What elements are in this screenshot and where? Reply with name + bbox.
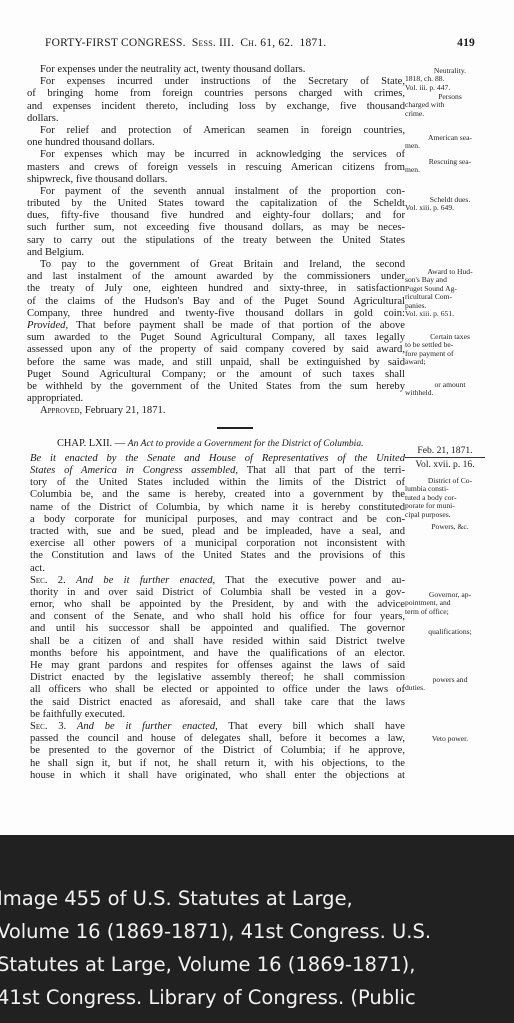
text-line: Provided, That before payment shall be m… [27,320,405,332]
section-number: Sec. 3. [30,721,77,732]
text-line: District enacted by the legislative asse… [27,672,405,684]
text-line: of the claims of the Hudson's Bay and of… [27,296,405,308]
image-caption: Image 455 of U.S. Statutes at Large, Vol… [0,882,514,1014]
text-line: the treaty of July one, eighteen hundred… [27,283,405,295]
margin-note-duties: powers andduties. [405,676,495,693]
text-line: Puget Sound Agricultural Company; or the… [27,369,405,381]
section-number: Sec. 2. [30,575,76,586]
text-line: passed the council and house of delegate… [27,733,405,745]
text-line: and last instalment of the amount awarde… [27,271,405,283]
text-line: For relief and protection of American se… [27,125,405,137]
margin-note-district: District of Co-lumbia consti-tuted a bod… [405,477,495,519]
text-line: one hundred thousand dollars. [27,137,405,149]
text-line: and expenses incident thereto, including… [27,101,405,113]
text-line: before the same was made, and still unpa… [27,357,405,369]
margin-note-powers: Powers, &c. [405,523,495,531]
volume-reference: Vol. xvii. p. 16. [405,458,485,472]
text-line: For payment of the seventh annual instal… [27,186,405,198]
text-line: ernor, who shall be appointed by the Pre… [27,599,405,611]
text-line: For expenses under the neutrality act, t… [27,64,405,76]
text-line: Be it enacted by the Senate and House of… [27,453,405,465]
text-line: sary to carry out the stipulations of th… [27,235,405,247]
margin-note-rescuing: Rescuing sea-men. [405,158,495,175]
text-line: masters and crews of foreign vessels in … [27,162,405,174]
text-line: For expenses incurred under instructions… [27,76,405,88]
image-caption-panel: Image 455 of U.S. Statutes at Large, Vol… [0,835,514,1023]
margin-note-line: withheld. [405,389,495,397]
text-line: tributed by the United States toward the… [27,198,405,210]
text-line: sum awarded to the Puget Sound Agricultu… [27,332,405,344]
enacting-clause: And be it further enacted, [76,575,215,586]
margin-note-scheldt: Scheldt dues.Vol. xiii. p. 649. [405,196,495,213]
margin-note-persons: Personscharged withcrime. [405,93,495,118]
text-line: all officers who shall be elected or app… [27,684,405,696]
text-line: dues, fifty-five thousand five hundred a… [27,210,405,222]
margin-note-line: Powers, &c. [405,523,495,531]
text-line: the Constitution and laws of the United … [27,550,405,562]
margin-note-hudson-bay: Award to Hud-son's Bay andPuget Sound Ag… [405,268,495,318]
session-label: Sess. III. [192,37,234,49]
text-line: appropriated. [27,393,405,405]
margin-note-withheld: or amountwithheld. [405,381,495,398]
text-line: act. [27,563,405,575]
text-line: States of America in Congress assembled,… [27,465,405,477]
text-line: be presented to the governor of the Dist… [27,745,405,757]
margin-note-line: men. [405,142,495,150]
scanned-page: FORTY-FIRST CONGRESS. Sess. III. Ch. 61,… [0,0,514,835]
margin-note-line: crime. [405,110,495,118]
margin-note-line: Vol. xiii. p. 649. [405,204,495,212]
text-line: he shall sign it, but if not, he shall r… [27,758,405,770]
approval-line: Approved, February 21, 1871. [27,405,405,417]
text-line: the said District enacted as aforesaid, … [27,697,405,709]
text-line: months before his appointment, and have … [27,648,405,660]
text-line: house in which it shall have originated,… [27,770,405,782]
text-line: He may grant pardons and respites for of… [27,660,405,672]
margin-note-neutrality: Neutrality.1818, ch. 88.Vol. iii. p. 447… [405,67,495,92]
margin-note-line: duties. [405,684,495,692]
margin-note-line: award; [405,358,495,366]
congress-title: FORTY-FIRST CONGRESS. [45,37,186,49]
enacting-clause: Be it enacted by the Senate and House of… [30,453,405,464]
text-line: name of the District of Columbia, by whi… [27,502,405,514]
chapter-heading: CHAP. LXII. — An Act to provide a Govern… [27,437,405,453]
chapter-number: CHAP. LXII. — [57,438,128,449]
running-head: FORTY-FIRST CONGRESS. Sess. III. Ch. 61,… [45,37,475,49]
text-line: Columbia be, and the same is hereby, cre… [27,489,405,501]
margin-note-governor: Governor, ap-pointment, andterm of offic… [405,591,495,616]
margin-note-line: Vol. iii. p. 447. [405,84,495,92]
text-line: of bringing home from foreign countries … [27,88,405,100]
margin-note-line: Veto power. [405,735,495,743]
text-line: To pay to the government of Great Britai… [27,259,405,271]
text-line: a body corporate for municipal purposes,… [27,514,405,526]
text-line: shipwreck, five thousand dollars. [27,174,405,186]
proviso-word: Provided, [27,320,68,331]
enacting-clause: And be it further enacted, [77,721,218,732]
approved-label: Approved, [40,405,82,416]
margin-note-line: cipal purposes. [405,511,495,519]
text-line: and until his successor shall be appoint… [27,623,405,635]
text-line: Company, three hundred and twenty-five t… [27,308,405,320]
text-line: thority in and over said District of Col… [27,587,405,599]
chapter-title: An Act to provide a Government for the D… [128,438,364,449]
statute-text: For expenses under the neutrality act, t… [27,64,405,782]
margin-note-date: Feb. 21, 1871.Vol. xvii. p. 16. [405,445,495,472]
margin-note-qualifications: qualifications; [405,628,495,636]
text-line: and consent of the Senate, and who shall… [27,611,405,623]
margin-note-seamen: American sea-men. [405,134,495,151]
margin-note-line: men. [405,166,495,174]
margin-note-veto: Veto power. [405,735,495,743]
text-line: such further sum, not exceeding five tho… [27,222,405,234]
chapter-range: Ch. 61, 62. [240,37,293,49]
text-line: and Belgium. [27,247,405,259]
text-line: Sec. 2. And be it further enacted, That … [27,575,405,587]
margin-note-line: qualifications; [405,628,495,636]
text-line: dollars. [27,113,405,125]
text-line: exercise all other powers of a municipal… [27,538,405,550]
margin-note-line: term of office; [405,608,495,616]
enactment-date: Feb. 21, 1871. [405,445,485,458]
page-number: 419 [457,37,475,49]
margin-note-line: Vol. xiii. p. 651. [405,310,495,318]
text-line: assessed upon any of the property of sai… [27,344,405,356]
text-line: Sec. 3. And be it further enacted, That … [27,721,405,733]
chapter-separator [217,427,253,428]
text-line: tory of the United States included withi… [27,477,405,489]
text-line: tracted with, sue and be sued, plead and… [27,526,405,538]
margin-note-taxes: Certain taxesto be settled be-fore payme… [405,333,495,367]
text-line: shall be a citizen of and shall have res… [27,636,405,648]
running-year: 1871. [300,37,327,49]
text-line: For expenses which may be incurred in ac… [27,149,405,161]
text-line: be withheld by the government of the Uni… [27,381,405,393]
text-line: be faithfully executed. [27,709,405,721]
enacting-clause: States of America in Congress assembled, [30,465,238,476]
